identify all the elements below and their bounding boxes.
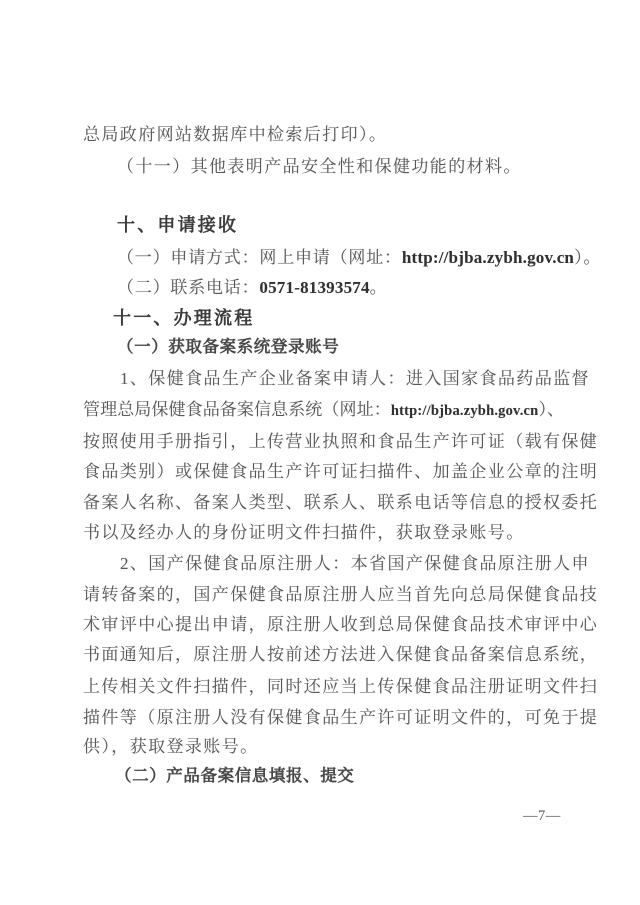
page-number: —7— — [523, 808, 561, 825]
body-line: 供），获取登录账号。 — [83, 732, 259, 757]
body-line: 管理总局保健食品备案信息系统（网址：http://bjba.zybh.gov.c… — [83, 395, 564, 420]
subsection-heading: （二）产品备案信息填报、提交 — [115, 762, 354, 786]
body-line: （二）联系电话：0571-81393574。 — [117, 273, 387, 298]
line-text: 管理总局保健食品备案信息系统（网址： — [83, 400, 391, 419]
url-text: http://bjba.zybh.gov.cn — [391, 403, 539, 419]
body-line: 总局政府网站数据库中检索后打印）。 — [83, 120, 387, 145]
line-text: 。 — [370, 278, 388, 297]
document-page: 总局政府网站数据库中检索后打印）。 （十一）其他表明产品安全性和保健功能的材料。… — [0, 0, 640, 905]
subsection-heading: （一）获取备案系统登录账号 — [117, 333, 339, 357]
body-line: 请转备案的，国产保健食品原注册人应当首先向总局保健食品技 — [83, 580, 598, 605]
body-line: 按照使用手册指引，上传营业执照和食品生产许可证（载有保健 — [83, 427, 598, 452]
line-text: ）、 — [538, 400, 564, 419]
body-line: 2、国产保健食品原注册人：本省国产保健食品原注册人申 — [120, 549, 590, 574]
body-line: 上传相关文件扫描件，同时还应当上传保健食品注册证明文件扫 — [83, 672, 598, 697]
line-text: （一）申请方式：网上申请（网址： — [117, 248, 402, 267]
body-line: 备案人名称、备案人类型、联系人、联系电话等信息的授权委托 — [83, 488, 598, 513]
body-line: 术审评中心提出申请，原注册人收到总局保健食品技术审评中心 — [83, 610, 598, 635]
section-heading: 十、申请接收 — [117, 211, 238, 237]
body-line: 书以及经办人的身份证明文件扫描件，获取登录账号。 — [83, 518, 525, 543]
section-heading: 十一、办理流程 — [113, 304, 254, 330]
body-line: 食品类别）或保健食品生产许可证扫描件、加盖企业公章的注明 — [83, 457, 598, 482]
line-text: ）。 — [574, 248, 601, 267]
body-line: 描件等（原注册人没有保健食品生产许可证明文件的，可免于提 — [83, 703, 598, 728]
body-line: （十一）其他表明产品安全性和保健功能的材料。 — [117, 152, 522, 177]
url-text: http://bjba.zybh.gov.cn — [402, 248, 574, 267]
body-line: 书面通知后，原注册人按前述方法进入保健食品备案信息系统， — [83, 640, 598, 665]
body-line: 1、保健食品生产企业备案申请人：进入国家食品药品监督 — [120, 364, 590, 389]
phone-text: 0571-81393574 — [259, 278, 369, 297]
body-line: （一）申请方式：网上申请（网址：http://bjba.zybh.gov.cn）… — [117, 243, 601, 268]
line-text: （二）联系电话： — [117, 278, 259, 297]
